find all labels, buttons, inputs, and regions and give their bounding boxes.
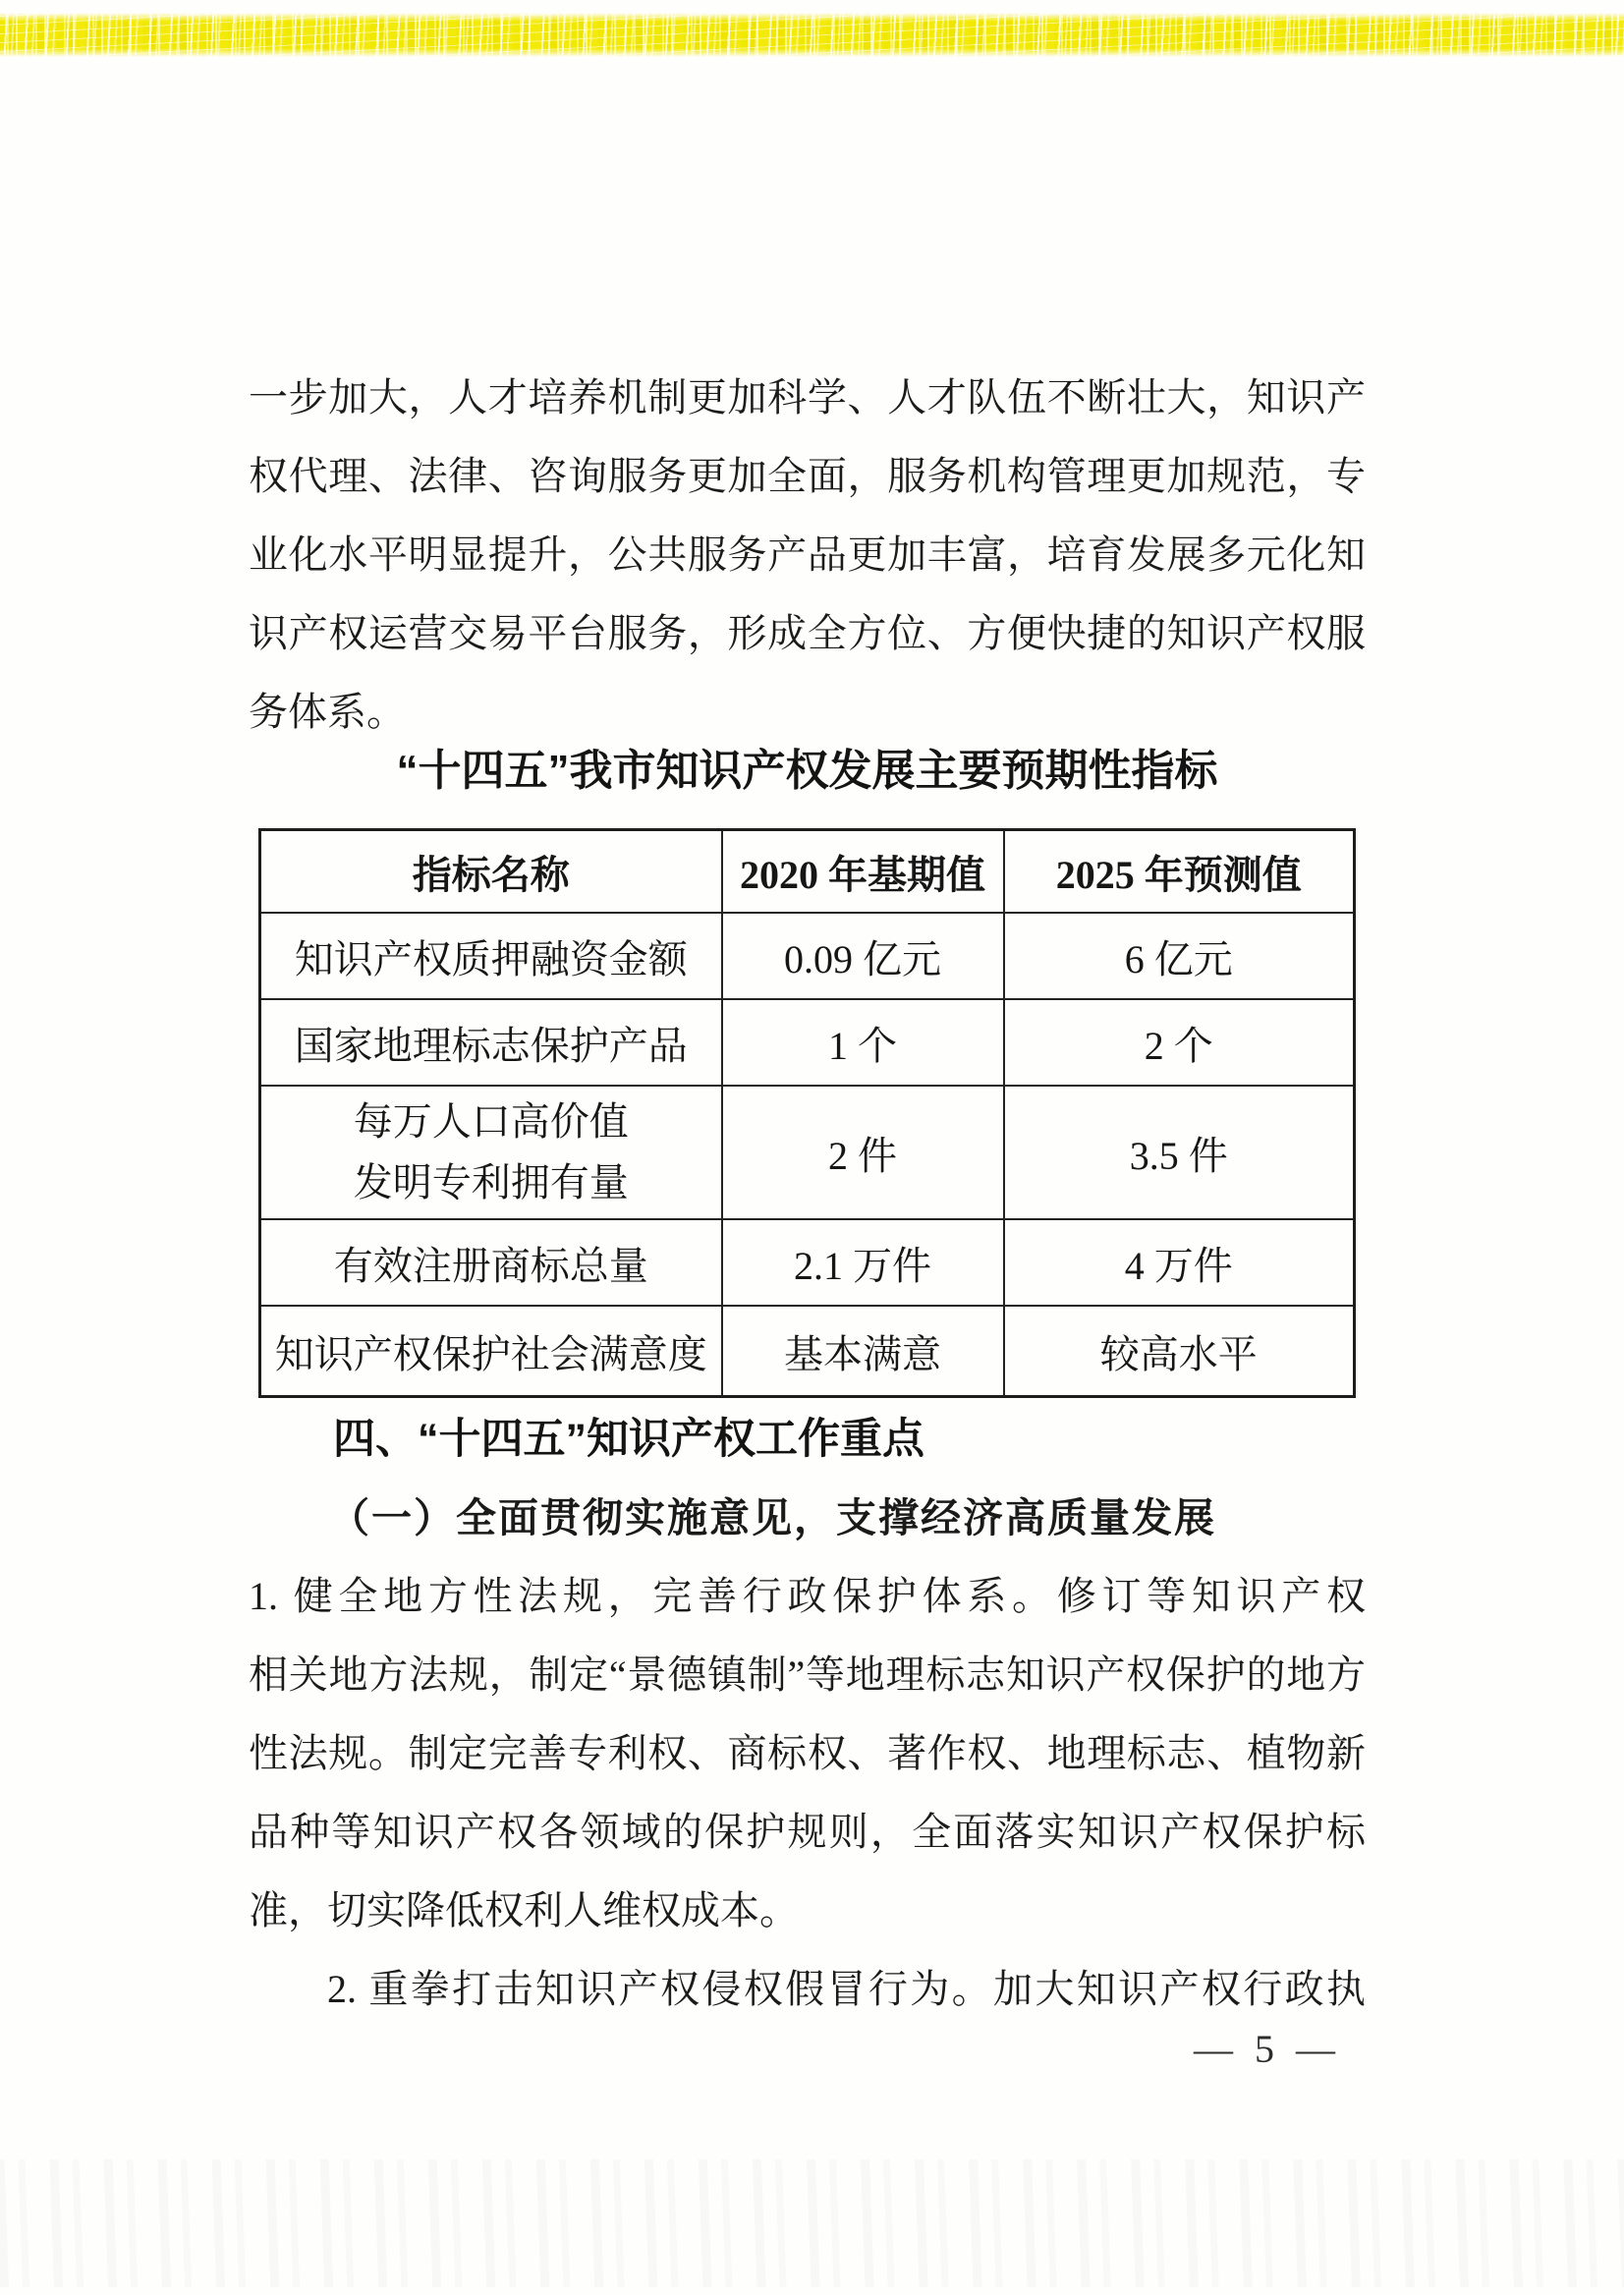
text-line: 品种等知识产权各领域的保护规则，全面落实知识产权保护标 (249, 1793, 1366, 1872)
indicator-line-1: 每万人口高价值 (261, 1092, 721, 1152)
cell-base-value: 1 个 (722, 999, 1004, 1086)
header-2025-forecast: 2025 年预测值 (1004, 830, 1355, 914)
cell-indicator: 国家地理标志保护产品 (260, 999, 722, 1086)
cell-forecast-value: 较高水平 (1004, 1306, 1355, 1397)
cell-indicator: 知识产权质押融资金额 (260, 913, 722, 999)
cell-base-value: 基本满意 (722, 1306, 1004, 1397)
cell-base-value: 2.1 万件 (722, 1219, 1004, 1306)
table-row: 知识产权保护社会满意度 基本满意 较高水平 (260, 1306, 1355, 1397)
cell-forecast-value: 6 亿元 (1004, 913, 1355, 999)
cell-forecast-value: 3.5 件 (1004, 1086, 1355, 1219)
document-page: { "decor": { "top_band_color": "#f2e900"… (0, 0, 1624, 2295)
page-number: — 5 — (1120, 2027, 1415, 2072)
table-row: 有效注册商标总量 2.1 万件 4 万件 (260, 1219, 1355, 1306)
body-paragraph-services: 一步加大，人才培养机制更加科学、人才队伍不断壮大，知识产权代理、法律、咨询服务更… (249, 359, 1366, 752)
top-scan-highlight-band (0, 13, 1624, 57)
cell-indicator: 每万人口高价值 发明专利拥有量 (260, 1086, 722, 1219)
body-paragraph-point2: 2. 重拳打击知识产权侵权假冒行为。加大知识产权行政执 (249, 1950, 1366, 2029)
table-row: 每万人口高价值 发明专利拥有量 2 件 3.5 件 (260, 1086, 1355, 1219)
text-line: 权代理、法律、咨询服务更加全面，服务机构管理更加规范，专 (249, 437, 1366, 516)
cell-base-value: 2 件 (722, 1086, 1004, 1219)
cell-indicator: 知识产权保护社会满意度 (260, 1306, 722, 1397)
text-line: 相关地方法规，制定“景德镇制”等地理标志知识产权保护的地方 (249, 1636, 1366, 1714)
table-title: “十四五”我市知识产权发展主要预期性指标 (249, 732, 1366, 811)
bottom-scan-noise (0, 2159, 1624, 2287)
table-row: 知识产权质押融资金额 0.09 亿元 6 亿元 (260, 913, 1355, 999)
cell-forecast-value: 4 万件 (1004, 1219, 1355, 1306)
text-line: 识产权运营交易平台服务，形成全方位、方便快捷的知识产权服 (249, 594, 1366, 673)
header-indicator-name: 指标名称 (260, 830, 722, 914)
cell-base-value: 0.09 亿元 (722, 913, 1004, 999)
text-line: 性法规。制定完善专利权、商标权、著作权、地理标志、植物新 (249, 1714, 1366, 1793)
two-line-indicator: 每万人口高价值 发明专利拥有量 (261, 1092, 721, 1213)
sub-heading-1: （一）全面贯彻实施意见，支撑经济高质量发展 (249, 1479, 1366, 1557)
header-2020-base: 2020 年基期值 (722, 830, 1004, 914)
text-line: 业化水平明显提升，公共服务产品更加丰富，培育发展多元化知 (249, 516, 1366, 594)
body-paragraph-point1: 1. 健全地方性法规，完善行政保护体系。修订等知识产权相关地方法规，制定“景德镇… (249, 1557, 1366, 1950)
text-line: 1. 健全地方性法规，完善行政保护体系。修订等知识产权 (249, 1557, 1366, 1636)
cell-indicator: 有效注册商标总量 (260, 1219, 722, 1306)
table-row: 国家地理标志保护产品 1 个 2 个 (260, 999, 1355, 1086)
indicators-table: 指标名称 2020 年基期值 2025 年预测值 知识产权质押融资金额 0.09… (258, 828, 1356, 1398)
indicator-line-2: 发明专利拥有量 (261, 1152, 721, 1213)
text-line: 准，切实降低权利人维权成本。 (249, 1872, 1366, 1950)
section-heading-4: 四、“十四五”知识产权工作重点 (249, 1400, 1366, 1479)
table-header-row: 指标名称 2020 年基期值 2025 年预测值 (260, 830, 1355, 914)
text-line: 一步加大，人才培养机制更加科学、人才队伍不断壮大，知识产 (249, 359, 1366, 437)
text-line: 2. 重拳打击知识产权侵权假冒行为。加大知识产权行政执 (249, 1950, 1366, 2029)
cell-forecast-value: 2 个 (1004, 999, 1355, 1086)
